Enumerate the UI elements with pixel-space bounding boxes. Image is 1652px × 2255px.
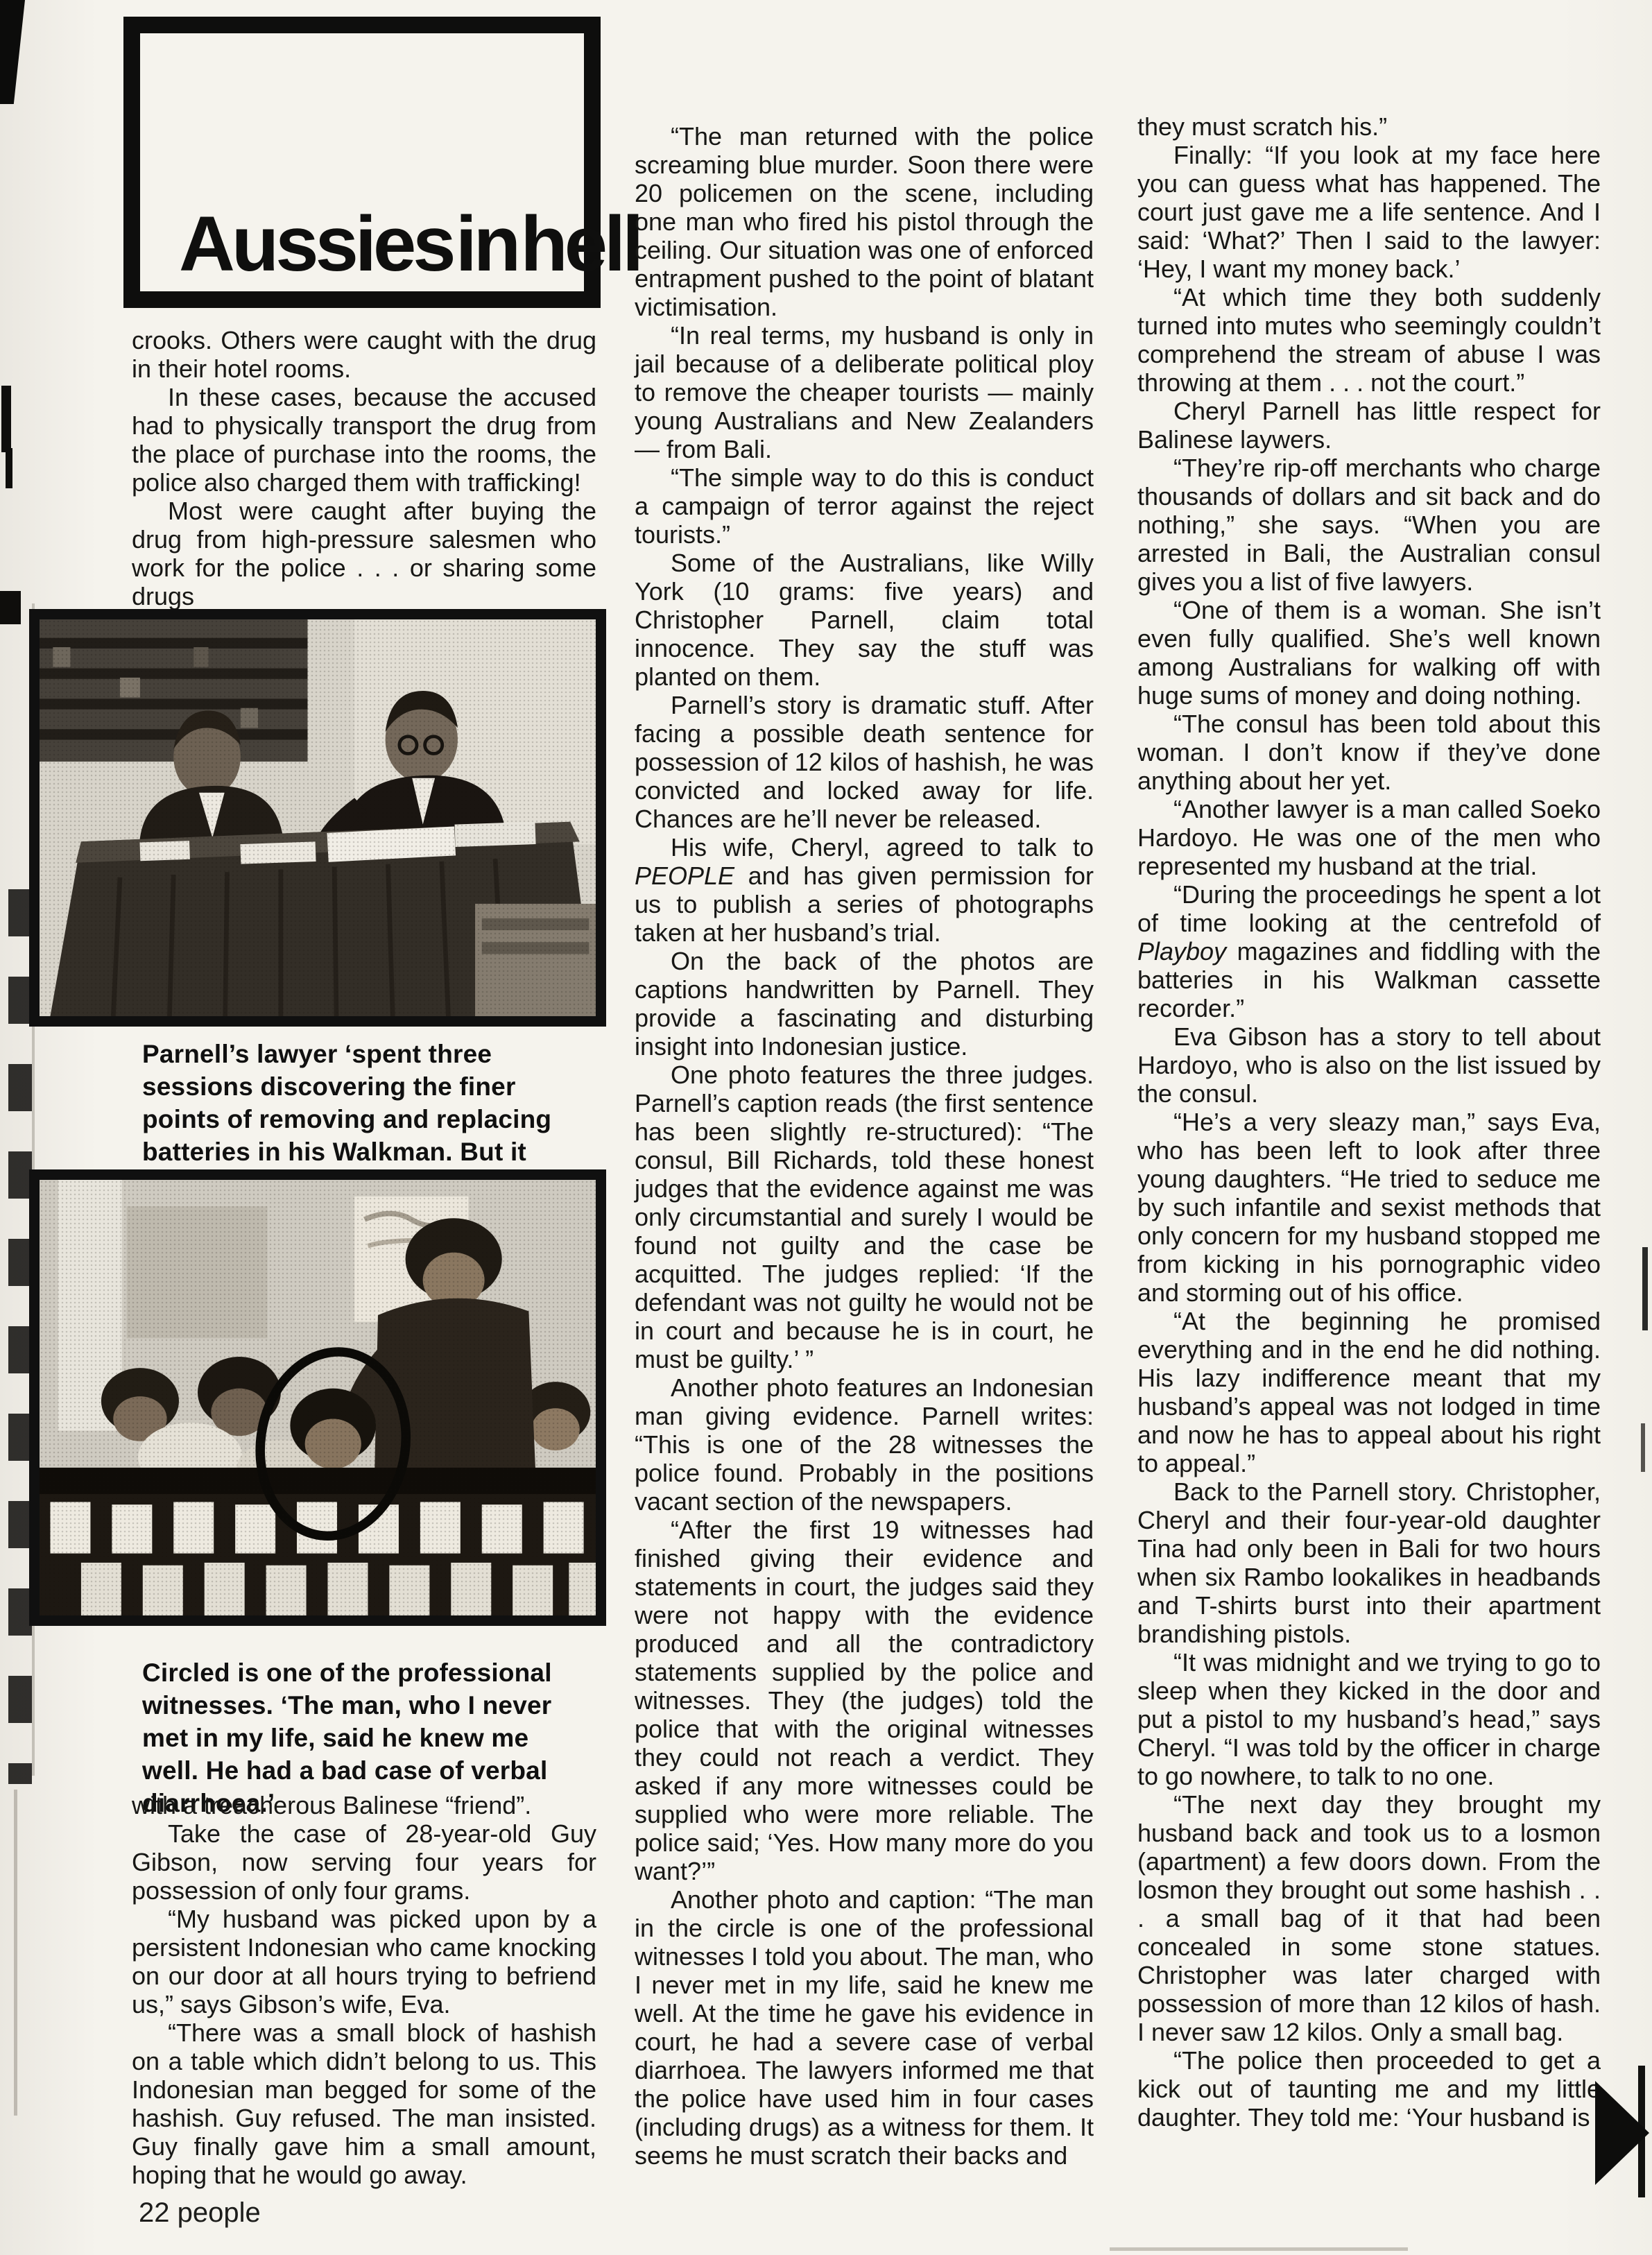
scan-edge-artifact bbox=[14, 1790, 17, 2116]
continuation-arrow-icon bbox=[1595, 2081, 1649, 2185]
paragraph: “They’re rip-off merchants who charge th… bbox=[1137, 454, 1601, 596]
paragraph: Another photo and caption: “The man in t… bbox=[635, 1885, 1094, 2170]
column-middle: “The man returned with the police scream… bbox=[635, 122, 1094, 2170]
scan-edge-artifact bbox=[0, 0, 25, 104]
column-left-top: crooks. Others were caught with the drug… bbox=[132, 326, 596, 610]
paragraph: Most were caught after buying the drug f… bbox=[132, 497, 596, 610]
column-right: they must scratch his.”Finally: “If you … bbox=[1137, 112, 1601, 2132]
paragraph: crooks. Others were caught with the drug… bbox=[132, 326, 596, 383]
scan-edge-artifact bbox=[1, 386, 11, 452]
column-left-bottom: with a treacherous Balinese “friend”.Tak… bbox=[132, 1791, 596, 2189]
paragraph: “After the first 19 witnesses had finish… bbox=[635, 1516, 1094, 1885]
magazine-name: people bbox=[178, 2197, 261, 2228]
scan-edge-artifact bbox=[8, 889, 32, 1784]
circled-witness-photo bbox=[29, 1169, 606, 1626]
scan-edge-artifact bbox=[0, 591, 21, 624]
paragraph: Another photo features an Indonesian man… bbox=[635, 1373, 1094, 1516]
paragraph: Eva Gibson has a story to tell about Har… bbox=[1137, 1022, 1601, 1108]
paragraph: with a treacherous Balinese “friend”. bbox=[132, 1791, 596, 1819]
paragraph: “During the proceedings he spent a lot o… bbox=[1137, 880, 1601, 1022]
paragraph: “In real terms, my husband is only in ja… bbox=[635, 321, 1094, 463]
paragraph: “My husband was picked upon by a persist… bbox=[132, 1905, 596, 2018]
article-title: Aussies in hell bbox=[179, 205, 640, 283]
paragraph: One photo features the three judges. Par… bbox=[635, 1061, 1094, 1373]
paragraph: “It was midnight and we trying to go to … bbox=[1137, 1648, 1601, 1790]
courtroom-judges-photo bbox=[29, 609, 606, 1027]
paragraph: they must scratch his.” bbox=[1137, 112, 1601, 141]
paragraph: “The police then proceeded to get a kick… bbox=[1137, 2046, 1601, 2132]
courtroom-scene bbox=[40, 619, 596, 1016]
paragraph: Finally: “If you look at my face here yo… bbox=[1137, 141, 1601, 283]
page-footer: 22 people bbox=[139, 2197, 261, 2229]
paragraph: “The next day they brought my husband ba… bbox=[1137, 1790, 1601, 2046]
page-number: 22 bbox=[139, 2197, 170, 2228]
paragraph: On the back of the photos are captions h… bbox=[635, 947, 1094, 1061]
witness-scene bbox=[40, 1180, 596, 1615]
paragraph: Some of the Australians, like Willy York… bbox=[635, 549, 1094, 691]
paragraph: “There was a small block of hashish on a… bbox=[132, 2018, 596, 2189]
scan-edge-artifact bbox=[6, 448, 12, 488]
paragraph: “The man returned with the police scream… bbox=[635, 122, 1094, 321]
paragraph: “At the beginning he promised everything… bbox=[1137, 1307, 1601, 1477]
scan-edge-artifact bbox=[1642, 1247, 1648, 1330]
paragraph: “The simple way to do this is conduct a … bbox=[635, 463, 1094, 549]
paragraph: “Another lawyer is a man called Soeko Ha… bbox=[1137, 795, 1601, 880]
paragraph: His wife, Cheryl, agreed to talk to PEOP… bbox=[635, 833, 1094, 947]
paragraph: Cheryl Parnell has little respect for Ba… bbox=[1137, 397, 1601, 454]
scan-edge-artifact bbox=[1641, 1423, 1645, 1472]
paragraph: “He’s a very sleazy man,” says Eva, who … bbox=[1137, 1108, 1601, 1307]
paragraph: In these cases, because the accused had … bbox=[132, 383, 596, 497]
paragraph: “At which time they both suddenly turned… bbox=[1137, 283, 1601, 397]
paragraph: Take the case of 28-year-old Guy Gibson,… bbox=[132, 1819, 596, 1905]
paragraph: Parnell’s story is dramatic stuff. After… bbox=[635, 691, 1094, 833]
white-fence bbox=[40, 1468, 596, 1615]
scan-edge-artifact bbox=[1110, 2247, 1408, 2251]
article-title-box: Aussies in hell bbox=[123, 17, 601, 308]
paragraph: “One of them is a woman. She isn’t even … bbox=[1137, 596, 1601, 710]
magazine-page: Aussies in hell crooks. Others were caug… bbox=[0, 0, 1652, 2255]
paragraph: Back to the Parnell story. Christopher, … bbox=[1137, 1477, 1601, 1648]
paragraph: “The consul has been told about this wom… bbox=[1137, 710, 1601, 795]
